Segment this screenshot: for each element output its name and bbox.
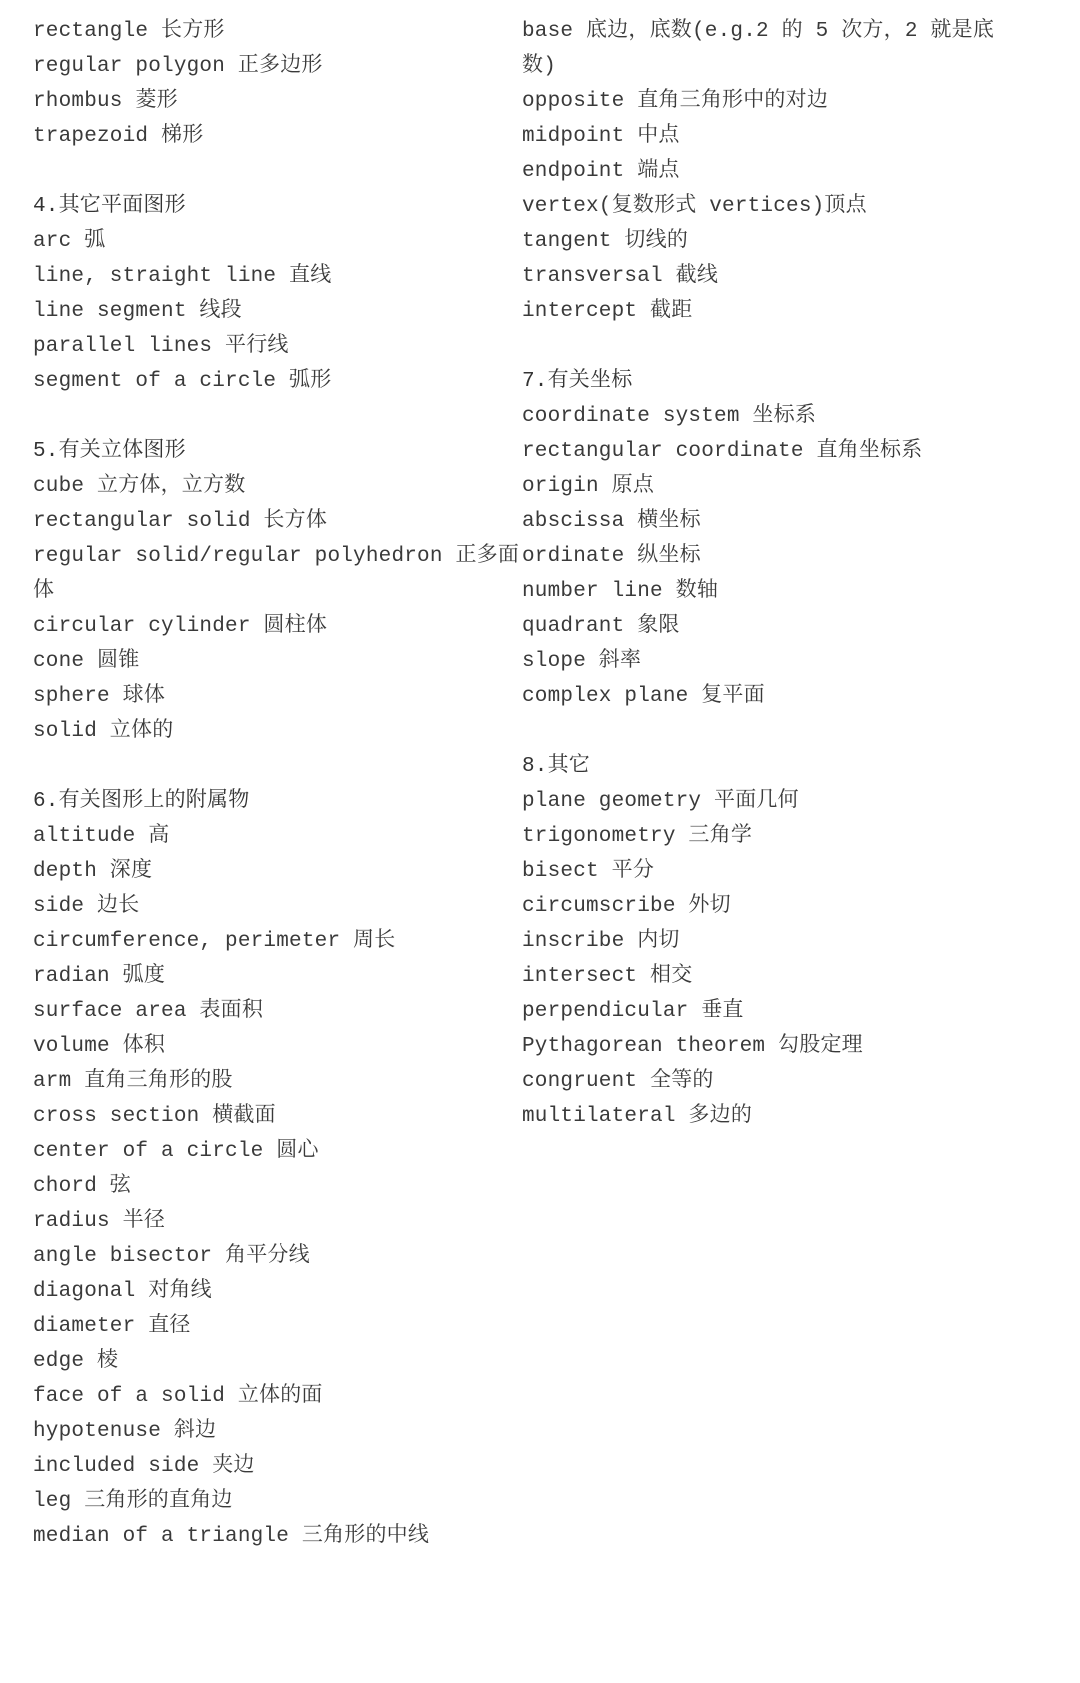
vocab-item: cube 立方体，立方数 (33, 469, 513, 504)
spacer (33, 749, 513, 784)
vocab-item: opposite 直角三角形中的对边 (522, 84, 1042, 119)
vocab-item: regular polygon 正多边形 (33, 49, 513, 84)
vocab-item: side 边长 (33, 889, 513, 924)
section-heading: 4.其它平面图形 (33, 189, 513, 224)
vocab-item: trigonometry 三角学 (522, 819, 1042, 854)
vocab-item: parallel lines 平行线 (33, 329, 513, 364)
vocab-item: origin 原点 (522, 469, 1042, 504)
vocab-item: segment of a circle 弧形 (33, 364, 513, 399)
section-heading: 6.有关图形上的附属物 (33, 784, 513, 819)
vocab-item: diagonal 对角线 (33, 1274, 513, 1309)
shapes-continued-list: rectangle 长方形 regular polygon 正多边形 rhomb… (33, 14, 513, 154)
vocab-item: midpoint 中点 (522, 119, 1042, 154)
vocab-item: chord 弦 (33, 1169, 513, 1204)
vocab-item: depth 深度 (33, 854, 513, 889)
vocab-item: edge 棱 (33, 1344, 513, 1379)
vocab-item: arm 直角三角形的股 (33, 1064, 513, 1099)
vocab-item: congruent 全等的 (522, 1064, 1042, 1099)
vocab-item: tangent 切线的 (522, 224, 1042, 259)
vocab-item: diameter 直径 (33, 1309, 513, 1344)
vocab-item: cone 圆锥 (33, 644, 513, 679)
vocab-item: circumscribe 外切 (522, 889, 1042, 924)
vocab-item: surface area 表面积 (33, 994, 513, 1029)
vocab-item: bisect 平分 (522, 854, 1042, 889)
vocab-item: sphere 球体 (33, 679, 513, 714)
vocab-item: endpoint 端点 (522, 154, 1042, 189)
attachments-continued-list: base 底边，底数(e.g.2 的 5 次方，2 就是底 数) opposit… (522, 14, 1042, 329)
vocab-item: perpendicular 垂直 (522, 994, 1042, 1029)
vocab-item: ordinate 纵坐标 (522, 539, 1042, 574)
vocab-item: center of a circle 圆心 (33, 1134, 513, 1169)
vocab-item: included side 夹边 (33, 1449, 513, 1484)
section-figure-attachments: 6.有关图形上的附属物 altitude 高 depth 深度 side 边长 … (33, 784, 513, 1554)
vocab-item: vertex(复数形式 vertices)顶点 (522, 189, 1042, 224)
vocab-item: plane geometry 平面几何 (522, 784, 1042, 819)
section-heading: 5.有关立体图形 (33, 434, 513, 469)
vocab-item: face of a solid 立体的面 (33, 1379, 513, 1414)
vocab-item: cross section 横截面 (33, 1099, 513, 1134)
vocab-item: circular cylinder 圆柱体 (33, 609, 513, 644)
section-other-plane-figures: 4.其它平面图形 arc 弧 line, straight line 直线 li… (33, 189, 513, 399)
vocab-item: radius 半径 (33, 1204, 513, 1239)
left-column: rectangle 长方形 regular polygon 正多边形 rhomb… (33, 14, 513, 1554)
vocab-item: volume 体积 (33, 1029, 513, 1064)
vocab-item: line segment 线段 (33, 294, 513, 329)
vocab-item: base 底边，底数(e.g.2 的 5 次方，2 就是底 (522, 14, 1042, 49)
vocab-item: multilateral 多边的 (522, 1099, 1042, 1134)
vocab-item: angle bisector 角平分线 (33, 1239, 513, 1274)
vocab-item: rectangle 长方形 (33, 14, 513, 49)
vocab-item: leg 三角形的直角边 (33, 1484, 513, 1519)
spacer (522, 714, 1042, 749)
vocab-item: coordinate system 坐标系 (522, 399, 1042, 434)
vocab-item: number line 数轴 (522, 574, 1042, 609)
vocab-item: 体 (33, 574, 513, 609)
vocab-item: hypotenuse 斜边 (33, 1414, 513, 1449)
section-heading: 7.有关坐标 (522, 364, 1042, 399)
section-other: 8.其它 plane geometry 平面几何 trigonometry 三角… (522, 749, 1042, 1134)
spacer (33, 154, 513, 189)
vocab-item: line, straight line 直线 (33, 259, 513, 294)
section-heading: 8.其它 (522, 749, 1042, 784)
vocab-item: Pythagorean theorem 勾股定理 (522, 1029, 1042, 1064)
spacer (33, 399, 513, 434)
vocab-item: solid 立体的 (33, 714, 513, 749)
vocab-item: circumference, perimeter 周长 (33, 924, 513, 959)
vocab-item: abscissa 横坐标 (522, 504, 1042, 539)
vocab-item: transversal 截线 (522, 259, 1042, 294)
vocab-item: complex plane 复平面 (522, 679, 1042, 714)
vocab-item: radian 弧度 (33, 959, 513, 994)
vocab-item: altitude 高 (33, 819, 513, 854)
right-column: base 底边，底数(e.g.2 的 5 次方，2 就是底 数) opposit… (522, 14, 1042, 1134)
vocab-item: intersect 相交 (522, 959, 1042, 994)
vocab-item: inscribe 内切 (522, 924, 1042, 959)
vocab-item: rectangular solid 长方体 (33, 504, 513, 539)
vocab-item: quadrant 象限 (522, 609, 1042, 644)
vocab-item: intercept 截距 (522, 294, 1042, 329)
vocab-item: arc 弧 (33, 224, 513, 259)
vocab-item: slope 斜率 (522, 644, 1042, 679)
vocab-item: 数) (522, 49, 1042, 84)
spacer (522, 329, 1042, 364)
vocab-item: rectangular coordinate 直角坐标系 (522, 434, 1042, 469)
section-solid-figures: 5.有关立体图形 cube 立方体，立方数 rectangular solid … (33, 434, 513, 749)
vocab-item: median of a triangle 三角形的中线 (33, 1519, 513, 1554)
vocab-item: trapezoid 梯形 (33, 119, 513, 154)
vocab-item: regular solid/regular polyhedron 正多面 (33, 539, 513, 574)
section-coordinates: 7.有关坐标 coordinate system 坐标系 rectangular… (522, 364, 1042, 714)
vocab-item: rhombus 菱形 (33, 84, 513, 119)
